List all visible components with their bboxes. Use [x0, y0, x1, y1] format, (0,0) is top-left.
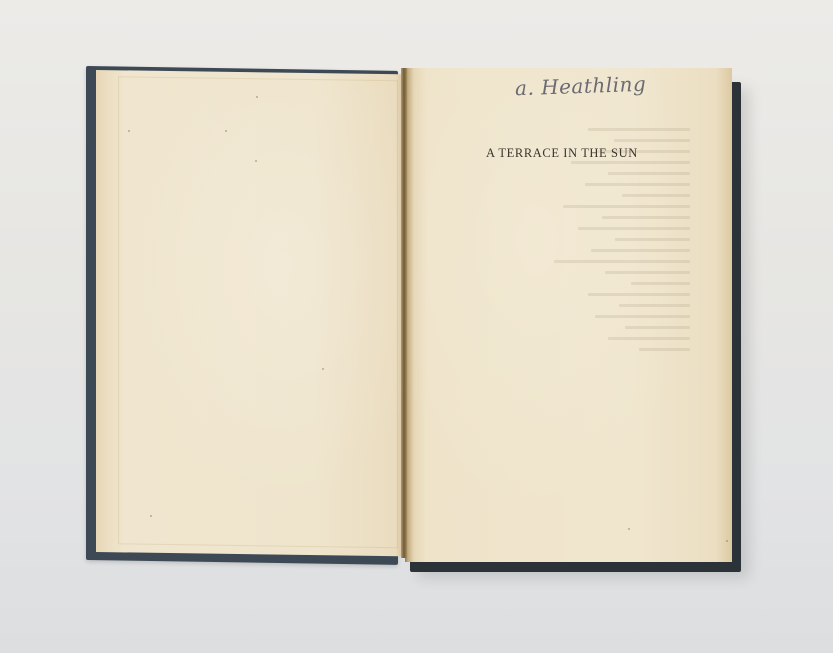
handwritten-signature: a. Heathling	[515, 72, 647, 101]
book-title: A TERRACE IN THE SUN	[486, 146, 638, 161]
book-photo: a. Heathling A TERRACE IN THE SUN	[0, 0, 833, 653]
book-gutter	[401, 68, 407, 558]
endpaper-paste-edge	[118, 76, 398, 548]
left-endpaper	[96, 70, 408, 556]
show-through-text	[520, 128, 690, 359]
